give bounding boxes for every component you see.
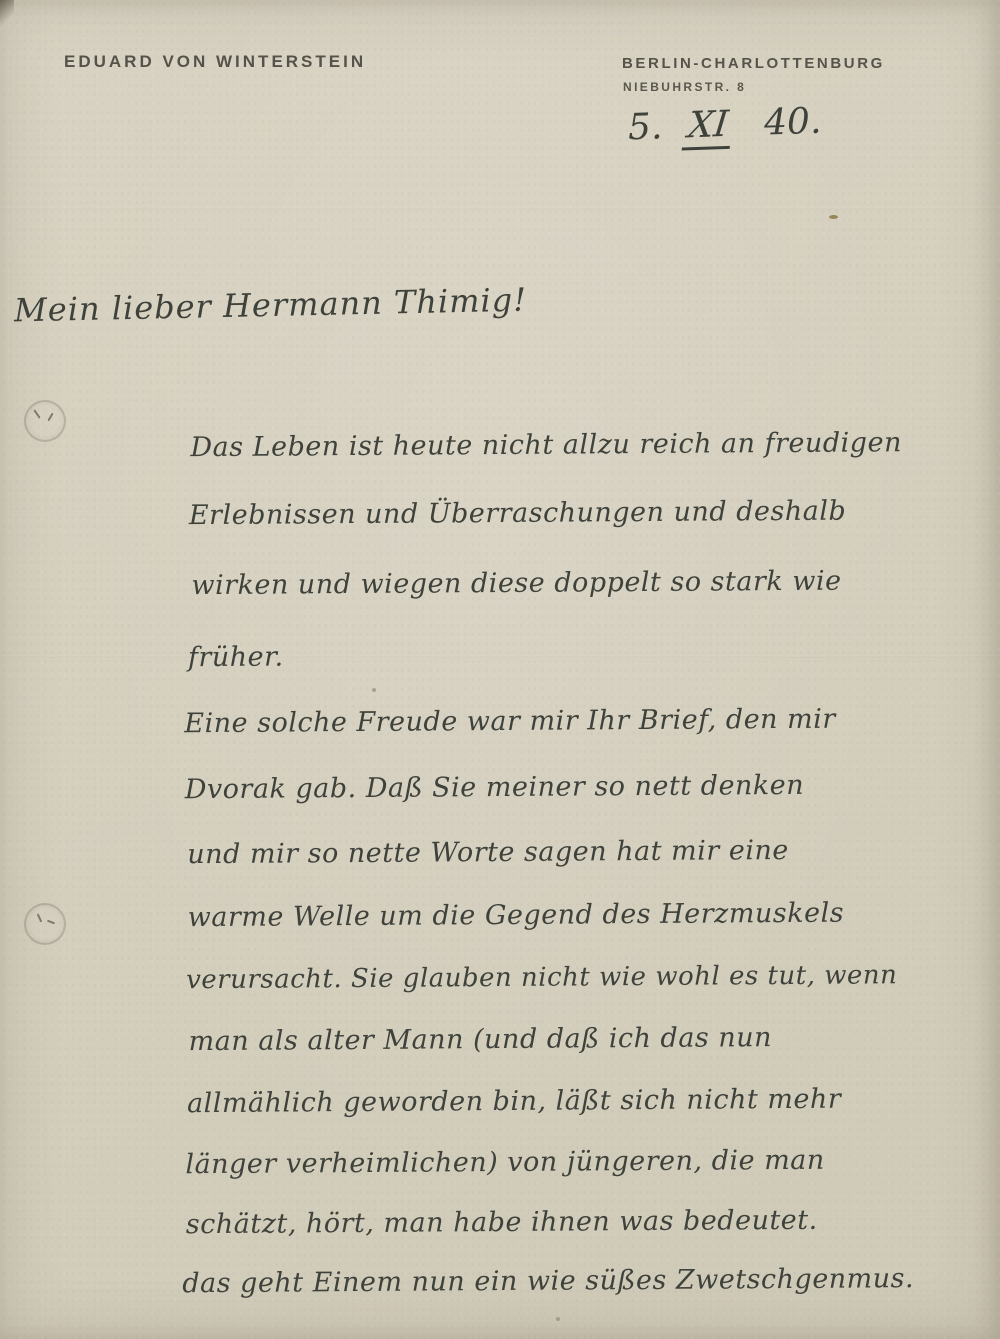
- letter-body: Das Leben ist heute nicht allzu reich an…: [0, 0, 1000, 1339]
- body-line: länger verheimlichen) von jüngeren, die …: [185, 1145, 824, 1180]
- body-line: Eine solche Freude war mir Ihr Brief, de…: [184, 704, 836, 740]
- body-line: Dvorak gab. Daß Sie meiner so nett denke…: [185, 770, 804, 805]
- body-line: verursacht. Sie glauben nicht wie wohl e…: [186, 960, 897, 995]
- body-line: allmählich geworden bin, läßt sich nicht…: [187, 1084, 841, 1120]
- body-line: schätzt, hört, man habe ihnen was bedeut…: [186, 1205, 818, 1240]
- letter-page: EDUARD VON WINTERSTEIN BERLIN-CHARLOTTEN…: [0, 0, 1000, 1339]
- body-line: früher.: [188, 642, 284, 674]
- body-line: warme Welle um die Gegend des Herzmuskel…: [188, 898, 844, 934]
- body-line: wirken und wiegen diese doppelt so stark…: [191, 566, 841, 602]
- body-line: das geht Einem nun ein wie süßes Zwetsch…: [182, 1263, 914, 1299]
- body-line: Erlebnissen und Überraschungen und desha…: [189, 496, 847, 532]
- body-line: und mir so nette Worte sagen hat mir ein…: [187, 835, 789, 870]
- body-line: man als alter Mann (und daß ich das nun: [188, 1022, 772, 1057]
- body-line: Das Leben ist heute nicht allzu reich an…: [190, 427, 902, 463]
